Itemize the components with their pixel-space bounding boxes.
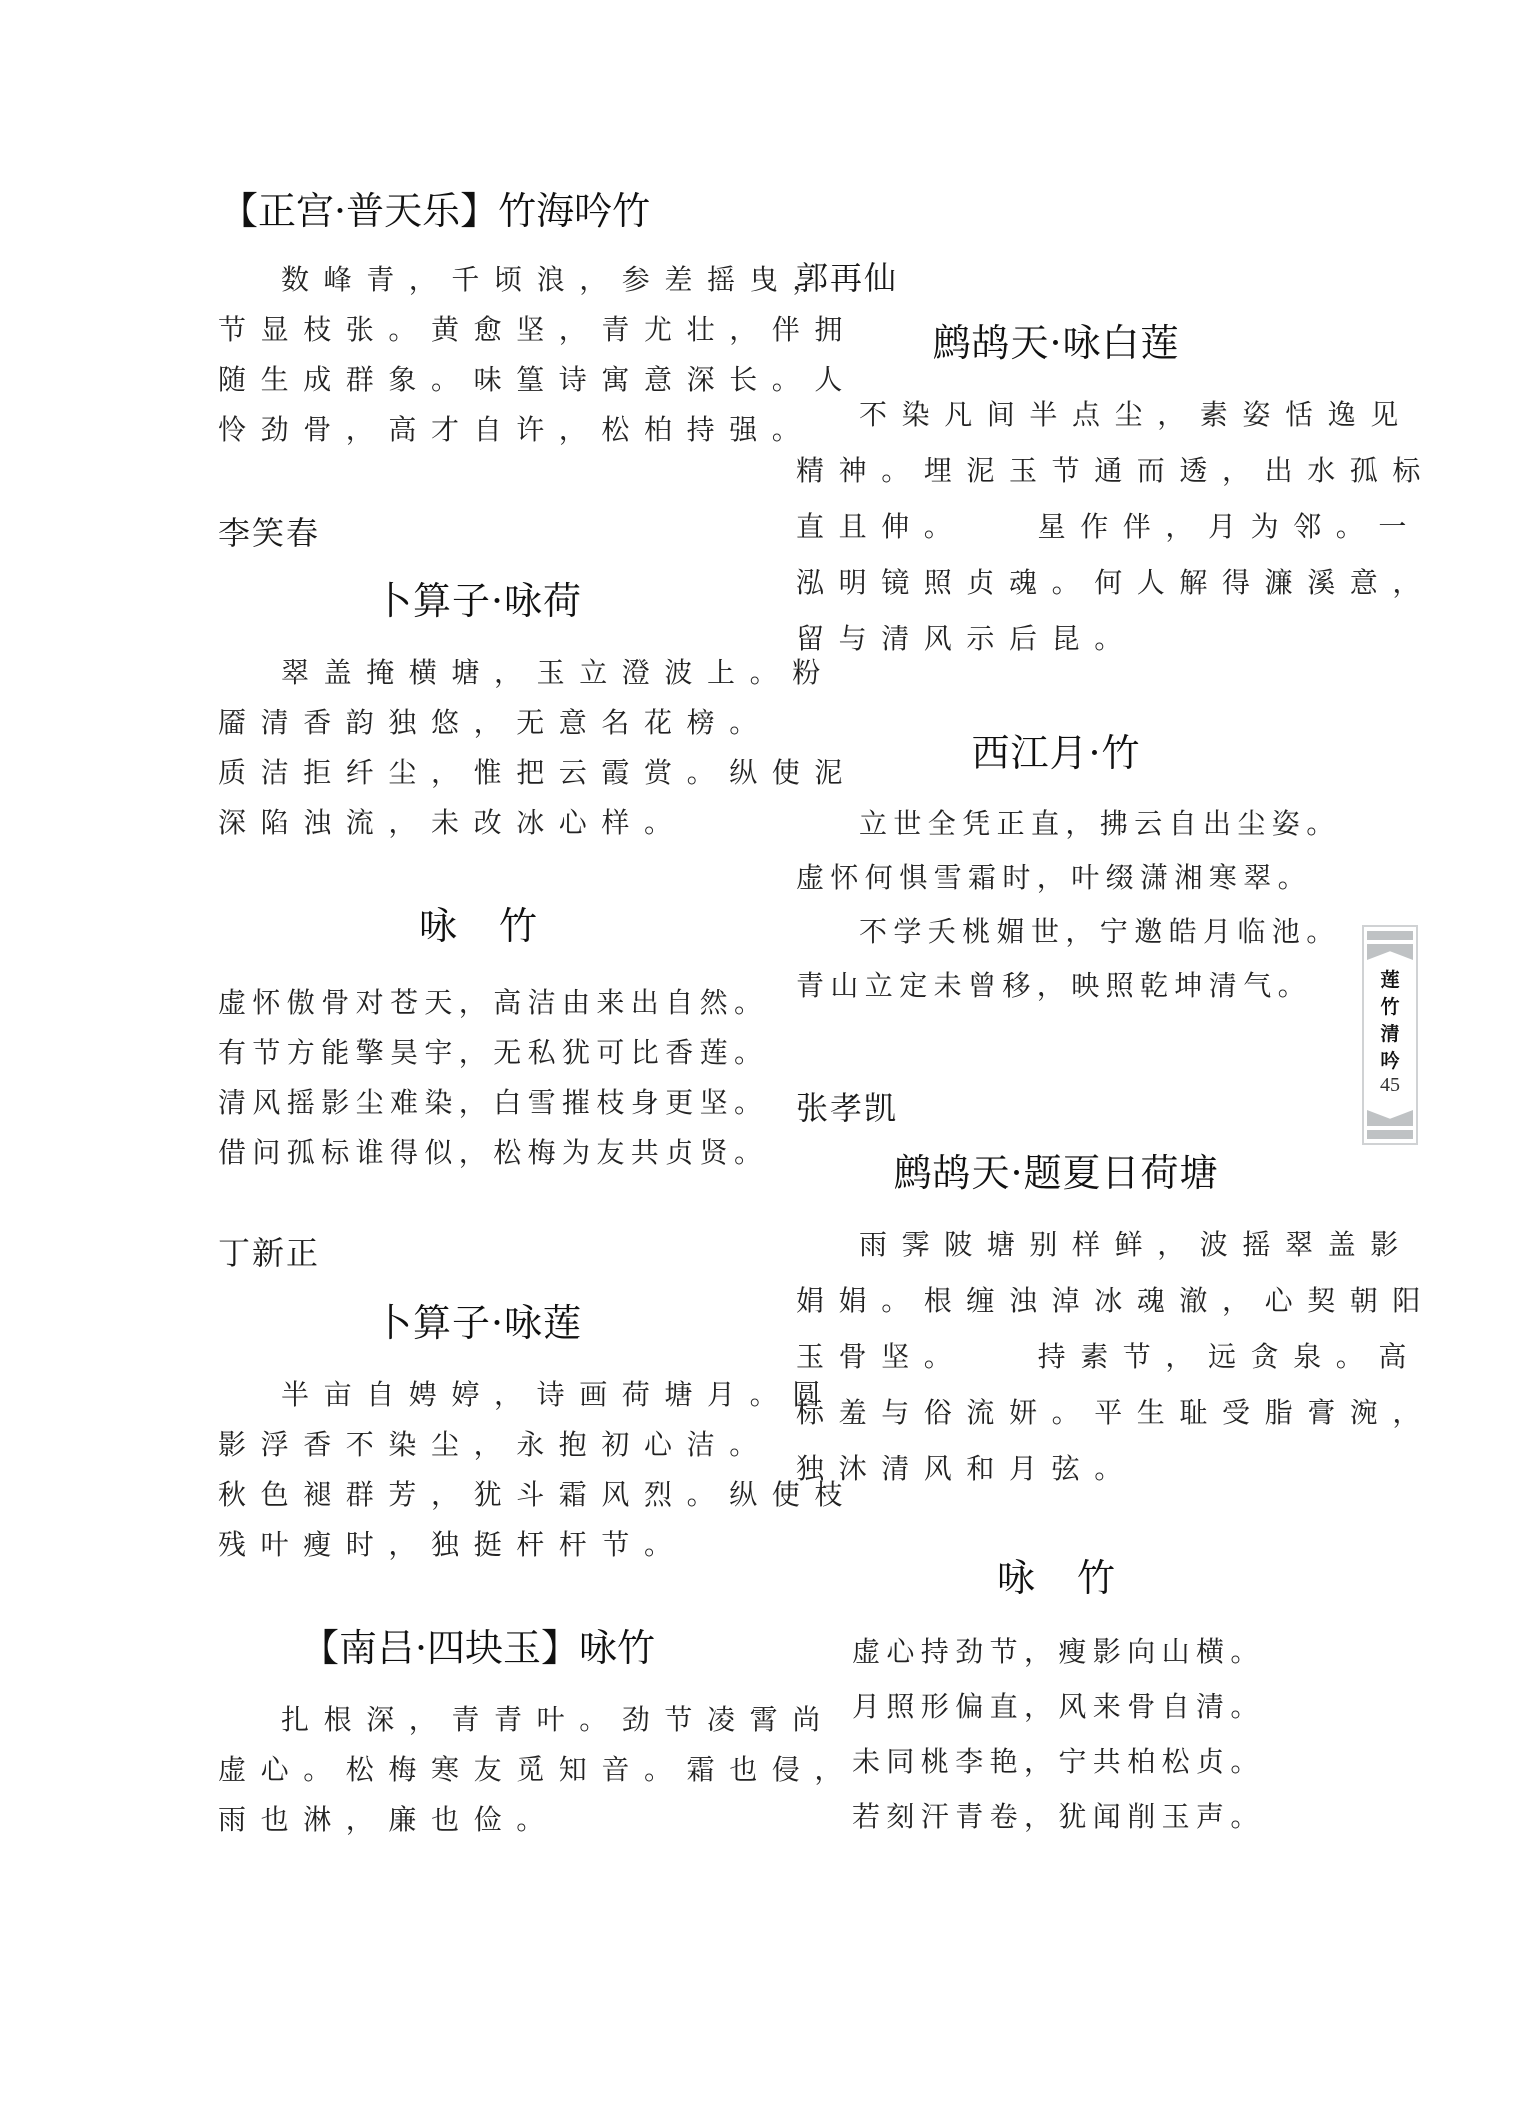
poem-line: 留与清风示后昆。: [796, 619, 1137, 659]
poem-line: 若刻汗青卷，犹闻削玉声。: [852, 1797, 1265, 1837]
poem-title: 咏竹: [796, 1555, 1316, 1601]
poem-line: 直且伸。 星作伴，月为邻。一: [796, 507, 1421, 547]
poem-line: 不染凡间半点尘，素姿恬逸见: [796, 395, 1413, 435]
poem-line: 怜劲骨，高才自许，松柏持强。: [218, 410, 814, 450]
author-name: 丁新正: [218, 1233, 320, 1273]
side-tab: 莲 竹 清 吟 45: [1362, 925, 1418, 1145]
poem-title: 鹧鸪天·咏白莲: [796, 320, 1316, 366]
poem-title: 【正宫·普天乐】竹海吟竹: [220, 188, 740, 234]
poem-title: 卜算子·咏荷: [218, 578, 738, 624]
poem-line: 清风摇影尘难染，白雪摧枝身更坚。: [218, 1083, 768, 1123]
poem-line: 影浮香不染尘，永抱初心洁。: [218, 1425, 772, 1465]
poem-line: 数峰青，千顷浪，参差摇曳，: [218, 260, 835, 300]
poem-line: 借问孤标谁得似，松梅为友共贞贤。: [218, 1133, 768, 1173]
poem-line: 不学夭桃媚世，宁邀皓月临池。: [796, 912, 1341, 952]
poem-line: 随生成群象。味篁诗寓意深长。人: [218, 360, 857, 400]
book-page: 【正宫·普天乐】竹海吟竹 数峰青，千顷浪，参差摇曳， 节显枝张。黄愈坚，青尤壮，…: [0, 0, 1525, 2115]
poem-line: 半亩自娉婷，诗画荷塘月。圆: [218, 1375, 835, 1415]
poem-line: 虚怀傲骨对苍天，高洁由来出自然。: [218, 983, 768, 1023]
book-title-char: 吟: [1364, 1048, 1416, 1075]
poem-line: 残叶瘦时，独挺杆杆节。: [218, 1525, 687, 1565]
poem-line: 月照形偏直，风来骨自清。: [852, 1687, 1265, 1727]
poem-line: 独沐清风和月弦。: [796, 1449, 1137, 1489]
poem-line: 靥清香韵独悠，无意名花榜。: [218, 703, 772, 743]
poem-line: 扎根深，青青叶。劲节凌霄尚: [218, 1700, 835, 1740]
poem-line: 节显枝张。黄愈坚，青尤壮，伴拥: [218, 310, 857, 350]
poem-line: 精神。埋泥玉节通而透，出水孤标: [796, 451, 1435, 491]
author-name: 郭再仙: [796, 258, 898, 298]
poem-title: 卜算子·咏莲: [218, 1300, 738, 1346]
poem-line: 秋色褪群芳，犹斗霜风烈。纵使枝: [218, 1475, 857, 1515]
book-title-char: 竹: [1364, 994, 1416, 1021]
book-title-vertical: 莲 竹 清 吟: [1364, 967, 1416, 1075]
poem-line: 标羞与俗流妍。平生耻受脂膏涴，: [796, 1393, 1435, 1433]
poem-line: 深陷浊流，未改冰心样。: [218, 803, 687, 843]
poem-line: 泓明镜照贞魂。何人解得濂溪意，: [796, 563, 1435, 603]
poem-title: 西江月·竹: [796, 730, 1316, 776]
poem-title: 咏竹: [218, 903, 738, 949]
poem-line: 雨也淋，廉也俭。: [218, 1800, 559, 1840]
tab-top-bar: [1367, 931, 1413, 940]
poem-line: 质洁拒纤尘，惟把云霞赏。纵使泥: [218, 753, 857, 793]
book-title-char: 清: [1364, 1021, 1416, 1048]
author-name: 李笑春: [218, 513, 320, 553]
poem-line: 虚怀何惧雪霜时，叶缀潇湘寒翠。: [796, 858, 1312, 898]
poem-title: 鹧鸪天·题夏日荷塘: [796, 1150, 1316, 1196]
poem-line: 翠盖掩横塘，玉立澄波上。粉: [218, 653, 835, 693]
poem-line: 玉骨坚。 持素节，远贪泉。高: [796, 1337, 1421, 1377]
tab-bottom-chevron-icon: [1367, 1110, 1413, 1126]
poem-line: 雨霁陂塘别样鲜，波摇翠盖影: [796, 1225, 1413, 1265]
poem-title: 【南吕·四块玉】咏竹: [218, 1625, 738, 1671]
poem-line: 立世全凭正直，拂云自出尘姿。: [796, 804, 1341, 844]
page-number: 45: [1364, 1074, 1416, 1097]
book-title-char: 莲: [1364, 967, 1416, 994]
tab-top-chevron-icon: [1367, 944, 1413, 960]
poem-line: 虚心持劲节，瘦影向山横。: [852, 1632, 1265, 1672]
poem-line: 虚心。松梅寒友觅知音。霜也侵，: [218, 1750, 857, 1790]
poem-line: 青山立定未曾移，映照乾坤清气。: [796, 966, 1312, 1006]
poem-line: 娟娟。根缠浊淖冰魂澈，心契朝阳: [796, 1281, 1435, 1321]
tab-bottom-bar: [1367, 1130, 1413, 1139]
poem-line: 未同桃李艳，宁共柏松贞。: [852, 1742, 1265, 1782]
author-name: 张孝凯: [796, 1088, 898, 1128]
poem-line: 有节方能擎昊宇，无私犹可比香莲。: [218, 1033, 768, 1073]
